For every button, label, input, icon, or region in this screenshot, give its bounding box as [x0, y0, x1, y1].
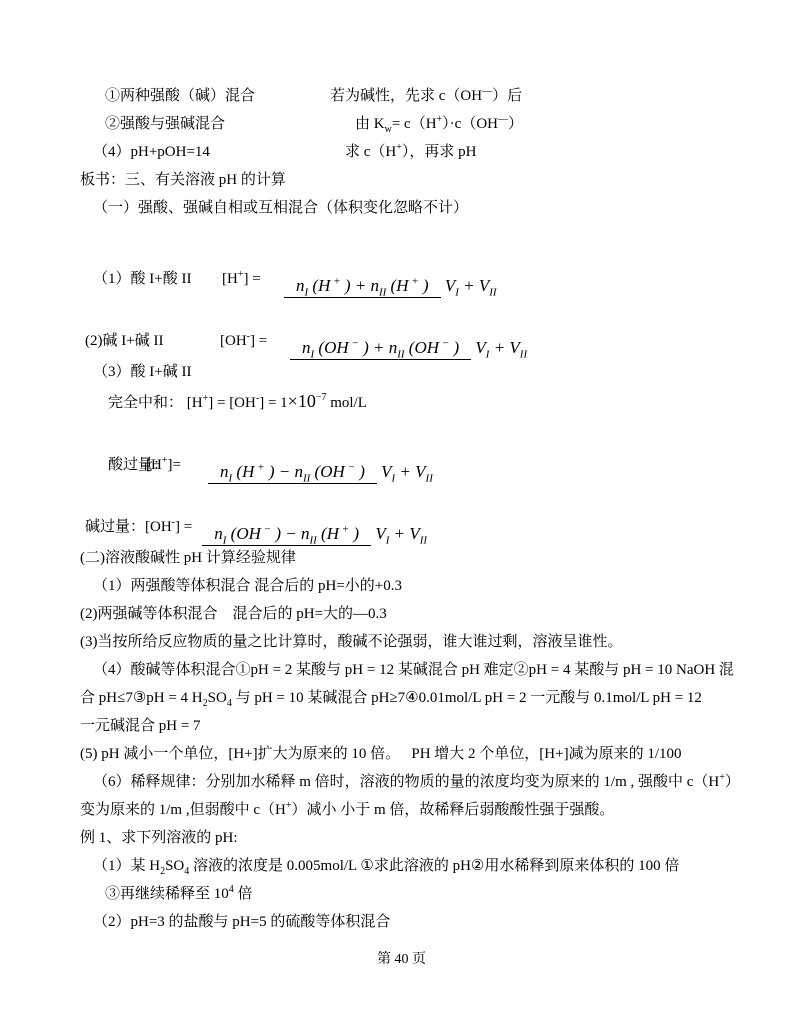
- equation-base-excess: 碱过量：[OH-] = nI (OH − ) − nII (H + ) VI +…: [80, 482, 723, 544]
- rule-1: （1）两强酸等体积混合 混合后的 pH=小的+0.3: [80, 572, 723, 600]
- note-right: 由 Kw= c（H+）·c（OH—）: [355, 110, 523, 138]
- equation-lhs: [H+] =: [222, 269, 284, 296]
- note-right: 若为碱性，先求 c（OH—）后: [330, 82, 522, 110]
- fraction-denominator: VI + VII: [375, 522, 427, 543]
- fraction-denominator: VI + VII: [475, 336, 527, 357]
- item-acid-base: （3）酸 I+碱 II: [80, 358, 723, 386]
- note-left: （4）pH+pOH=14: [93, 138, 345, 166]
- note-left: ①两种强酸（碱）混合: [105, 82, 330, 110]
- example-1-item-2: （2）pH=3 的盐酸与 pH=5 的硫酸等体积混合: [80, 908, 723, 936]
- rule-2: (2)两强碱等体积混合 混合后的 pH=大的—0.3: [80, 600, 723, 628]
- fraction-numerator: nI (H + ) + nII (H + ): [284, 276, 441, 298]
- section-one-title: （一）强酸、强碱自相或互相混合（体积变化忽略不计）: [80, 194, 723, 222]
- neutralization-unit: mol/L: [326, 395, 366, 411]
- fraction-numerator: nI (OH − ) + nII (OH − ): [290, 338, 471, 360]
- fraction: nI (OH − ) − nII (H + ) VI + VII: [202, 524, 427, 544]
- rule-4-line-1: （4）酸碱等体积混合①pH = 2 某酸与 pH = 12 某碱混合 pH 难定…: [80, 656, 723, 684]
- section-two-title: (二)溶液酸碱性 pH 计算经验规律: [80, 544, 723, 572]
- banshu-heading: 板书：三、有关溶液 pH 的计算: [80, 166, 723, 194]
- neutralization-line: 完全中和： [H+] = [OH-] = 1×10−7 mol/L: [80, 386, 723, 418]
- equation-label: 酸过量：: [80, 455, 146, 482]
- note-left: ②强酸与强碱混合: [105, 110, 355, 138]
- equation-base-base: (2)碱 I+碱 II [OH-] = nI (OH − ) + nII (OH…: [80, 296, 723, 358]
- equation-acid-acid: （1）酸 I+酸 II [H+] = nI (H + ) + nII (H + …: [80, 230, 723, 296]
- note-row: ①两种强酸（碱）混合 若为碱性，先求 c（OH—）后: [80, 82, 723, 110]
- equation-label: (2)碱 I+碱 II: [80, 331, 220, 358]
- example-1-item-1: （1）某 H2SO4 溶液的浓度是 0.005mol/L ①求此溶液的 pH②用…: [80, 852, 723, 880]
- fraction: nI (H + ) + nII (H + ) VI + VII: [284, 276, 497, 296]
- equation-lhs: [H+]=: [146, 455, 194, 482]
- equation-acid-excess: 酸过量： [H+]= nI (H + ) − nII (OH − ) VI + …: [80, 422, 723, 482]
- fraction-denominator: VI + VII: [381, 460, 433, 481]
- equation-label: （1）酸 I+酸 II: [80, 269, 222, 296]
- example-1-item-1b: ③再继续稀释至 104 倍: [80, 880, 723, 908]
- example-1-title: 例 1、求下列溶液的 pH:: [80, 824, 723, 852]
- note-row: （4）pH+pOH=14 求 c（H+），再求 pH: [80, 138, 723, 166]
- fraction-denominator: VI + VII: [445, 274, 497, 295]
- fraction: nI (H + ) − nII (OH − ) VI + VII: [208, 462, 433, 482]
- fraction: nI (OH − ) + nII (OH − ) VI + VII: [290, 338, 527, 358]
- fraction-numerator: nI (H + ) − nII (OH − ): [208, 462, 377, 484]
- note-row: ②强酸与强碱混合 由 Kw= c（H+）·c（OH—）: [80, 110, 723, 138]
- rule-3: (3)当按所给反应物质的量之比计算时，酸碱不论强弱，谁大谁过剩，溶液呈谁性。: [80, 628, 723, 656]
- neutralization-power: ×10−7: [288, 391, 327, 411]
- equation-lhs: [OH-] =: [220, 331, 290, 358]
- rule-6-line-1: （6）稀释规律：分别加水稀释 m 倍时，溶液的物质的量的浓度均变为原来的 1/m…: [80, 768, 723, 796]
- page-number: 第 40 页: [80, 948, 723, 968]
- fraction-numerator: nI (OH − ) − nII (H + ): [202, 524, 371, 546]
- equation-label: 碱过量：[OH-] =: [80, 517, 192, 544]
- rule-4-line-3: 一元碱混合 pH = 7: [80, 712, 723, 740]
- rule-5: (5) pH 减小一个单位，[H+]扩大为原来的 10 倍。 PH 增大 2 个…: [80, 740, 723, 768]
- rule-4-line-2: 合 pH≤7③pH = 4 H2SO4 与 pH = 10 某碱混合 pH≥7④…: [80, 684, 723, 712]
- neutralization-text: 完全中和： [H+] = [OH-] = 1: [108, 395, 288, 411]
- rule-6-line-2: 变为原来的 1/m ,但弱酸中 c（H+）减小 小于 m 倍，故稀释后弱酸酸性强…: [80, 796, 723, 824]
- document-page: ①两种强酸（碱）混合 若为碱性，先求 c（OH—）后 ②强酸与强碱混合 由 Kw…: [0, 0, 793, 968]
- note-right: 求 c（H+），再求 pH: [345, 138, 476, 166]
